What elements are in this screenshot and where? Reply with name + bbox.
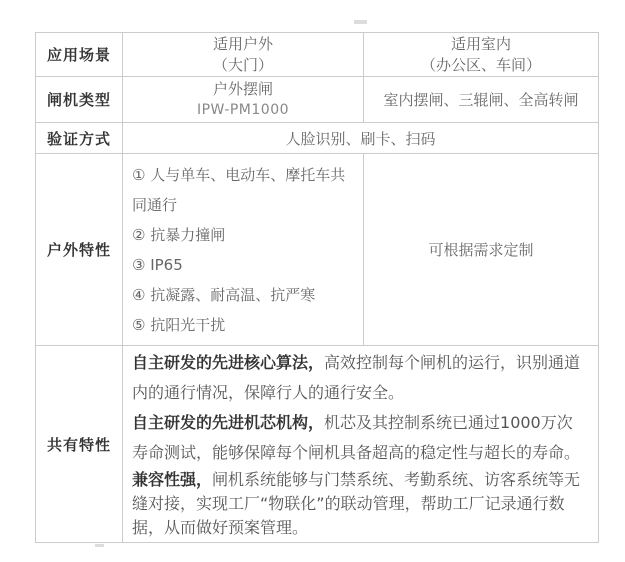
outdoor-feature-item-4: ④ 抗凝露、耐高温、抗严寒: [132, 280, 355, 310]
outdoor-feature-item-5: ⑤ 抗阳光干扰: [132, 310, 355, 340]
cell-outdoor-scenario: 适用户外 （大门）: [123, 33, 364, 77]
row-gate-type: 闸机类型 户外摆闸 IPW-PM1000 室内摆闸、三辊闸、全高转闸: [36, 77, 599, 123]
row-application-scenario: 应用场景 适用户外 （大门） 适用室内 （办公区、车间）: [36, 33, 599, 77]
label-verification-method: 验证方式: [36, 123, 123, 154]
cell-outdoor-features-list: ① 人与单车、电动车、摩托车共同通行 ② 抗暴力撞闸 ③ IP65 ④ 抗凝露、…: [123, 154, 364, 346]
clipped-content-artifact-bottom: [95, 544, 104, 547]
label-common-features: 共有特性: [36, 346, 123, 543]
outdoor-scenario-line1: 适用户外: [123, 34, 363, 55]
cell-outdoor-gate-type: 户外摆闸 IPW-PM1000: [123, 77, 364, 123]
label-application-scenario: 应用场景: [36, 33, 123, 77]
common-feature-lead-3: 兼容性强，: [132, 470, 212, 489]
common-feature-paragraph-1: 自主研发的先进核心算法，高效控制每个闸机的运行，识别通道内的通行情况，保障行人的…: [132, 348, 586, 408]
indoor-scenario-line1: 适用室内: [364, 34, 598, 55]
row-verification-method: 验证方式 人脸识别、刷卡、扫码: [36, 123, 599, 154]
cell-common-features: 自主研发的先进核心算法，高效控制每个闸机的运行，识别通道内的通行情况，保障行人的…: [123, 346, 599, 543]
common-feature-lead-2: 自主研发的先进机芯机构，: [132, 413, 324, 432]
outdoor-gate-model-code: IPW-PM1000: [123, 100, 363, 121]
label-outdoor-features: 户外特性: [36, 154, 123, 346]
row-common-features: 共有特性 自主研发的先进核心算法，高效控制每个闸机的运行，识别通道内的通行情况，…: [36, 346, 599, 543]
label-gate-type: 闸机类型: [36, 77, 123, 123]
indoor-scenario-line2: （办公区、车间）: [364, 55, 598, 76]
row-outdoor-features: 户外特性 ① 人与单车、电动车、摩托车共同通行 ② 抗暴力撞闸 ③ IP65 ④…: [36, 154, 599, 346]
page: 应用场景 适用户外 （大门） 适用室内 （办公区、车间） 闸机类型 户外摆闸 I…: [0, 0, 625, 562]
product-spec-table: 应用场景 适用户外 （大门） 适用室内 （办公区、车间） 闸机类型 户外摆闸 I…: [35, 32, 599, 543]
common-feature-paragraph-3: 兼容性强，闸机系统能够与门禁系统、考勤系统、访客系统等无缝对接，实现工厂“物联化…: [132, 468, 586, 540]
outdoor-feature-item-2: ② 抗暴力撞闸: [132, 220, 355, 250]
cell-indoor-gate-type: 室内摆闸、三辊闸、全高转闸: [364, 77, 599, 123]
outdoor-scenario-line2: （大门）: [123, 55, 363, 76]
outdoor-feature-item-1: ① 人与单车、电动车、摩托车共同通行: [132, 160, 355, 220]
clipped-content-artifact-top: [354, 20, 367, 24]
cell-verification-method: 人脸识别、刷卡、扫码: [123, 123, 599, 154]
cell-indoor-scenario: 适用室内 （办公区、车间）: [364, 33, 599, 77]
common-feature-lead-1: 自主研发的先进核心算法，: [132, 353, 324, 372]
outdoor-feature-item-3: ③ IP65: [132, 250, 355, 280]
cell-custom-note: 可根据需求定制: [364, 154, 599, 346]
common-feature-paragraph-2: 自主研发的先进机芯机构，机芯及其控制系统已通过1000万次寿命测试，能够保障每个…: [132, 408, 586, 468]
outdoor-gate-name: 户外摆闸: [123, 79, 363, 100]
